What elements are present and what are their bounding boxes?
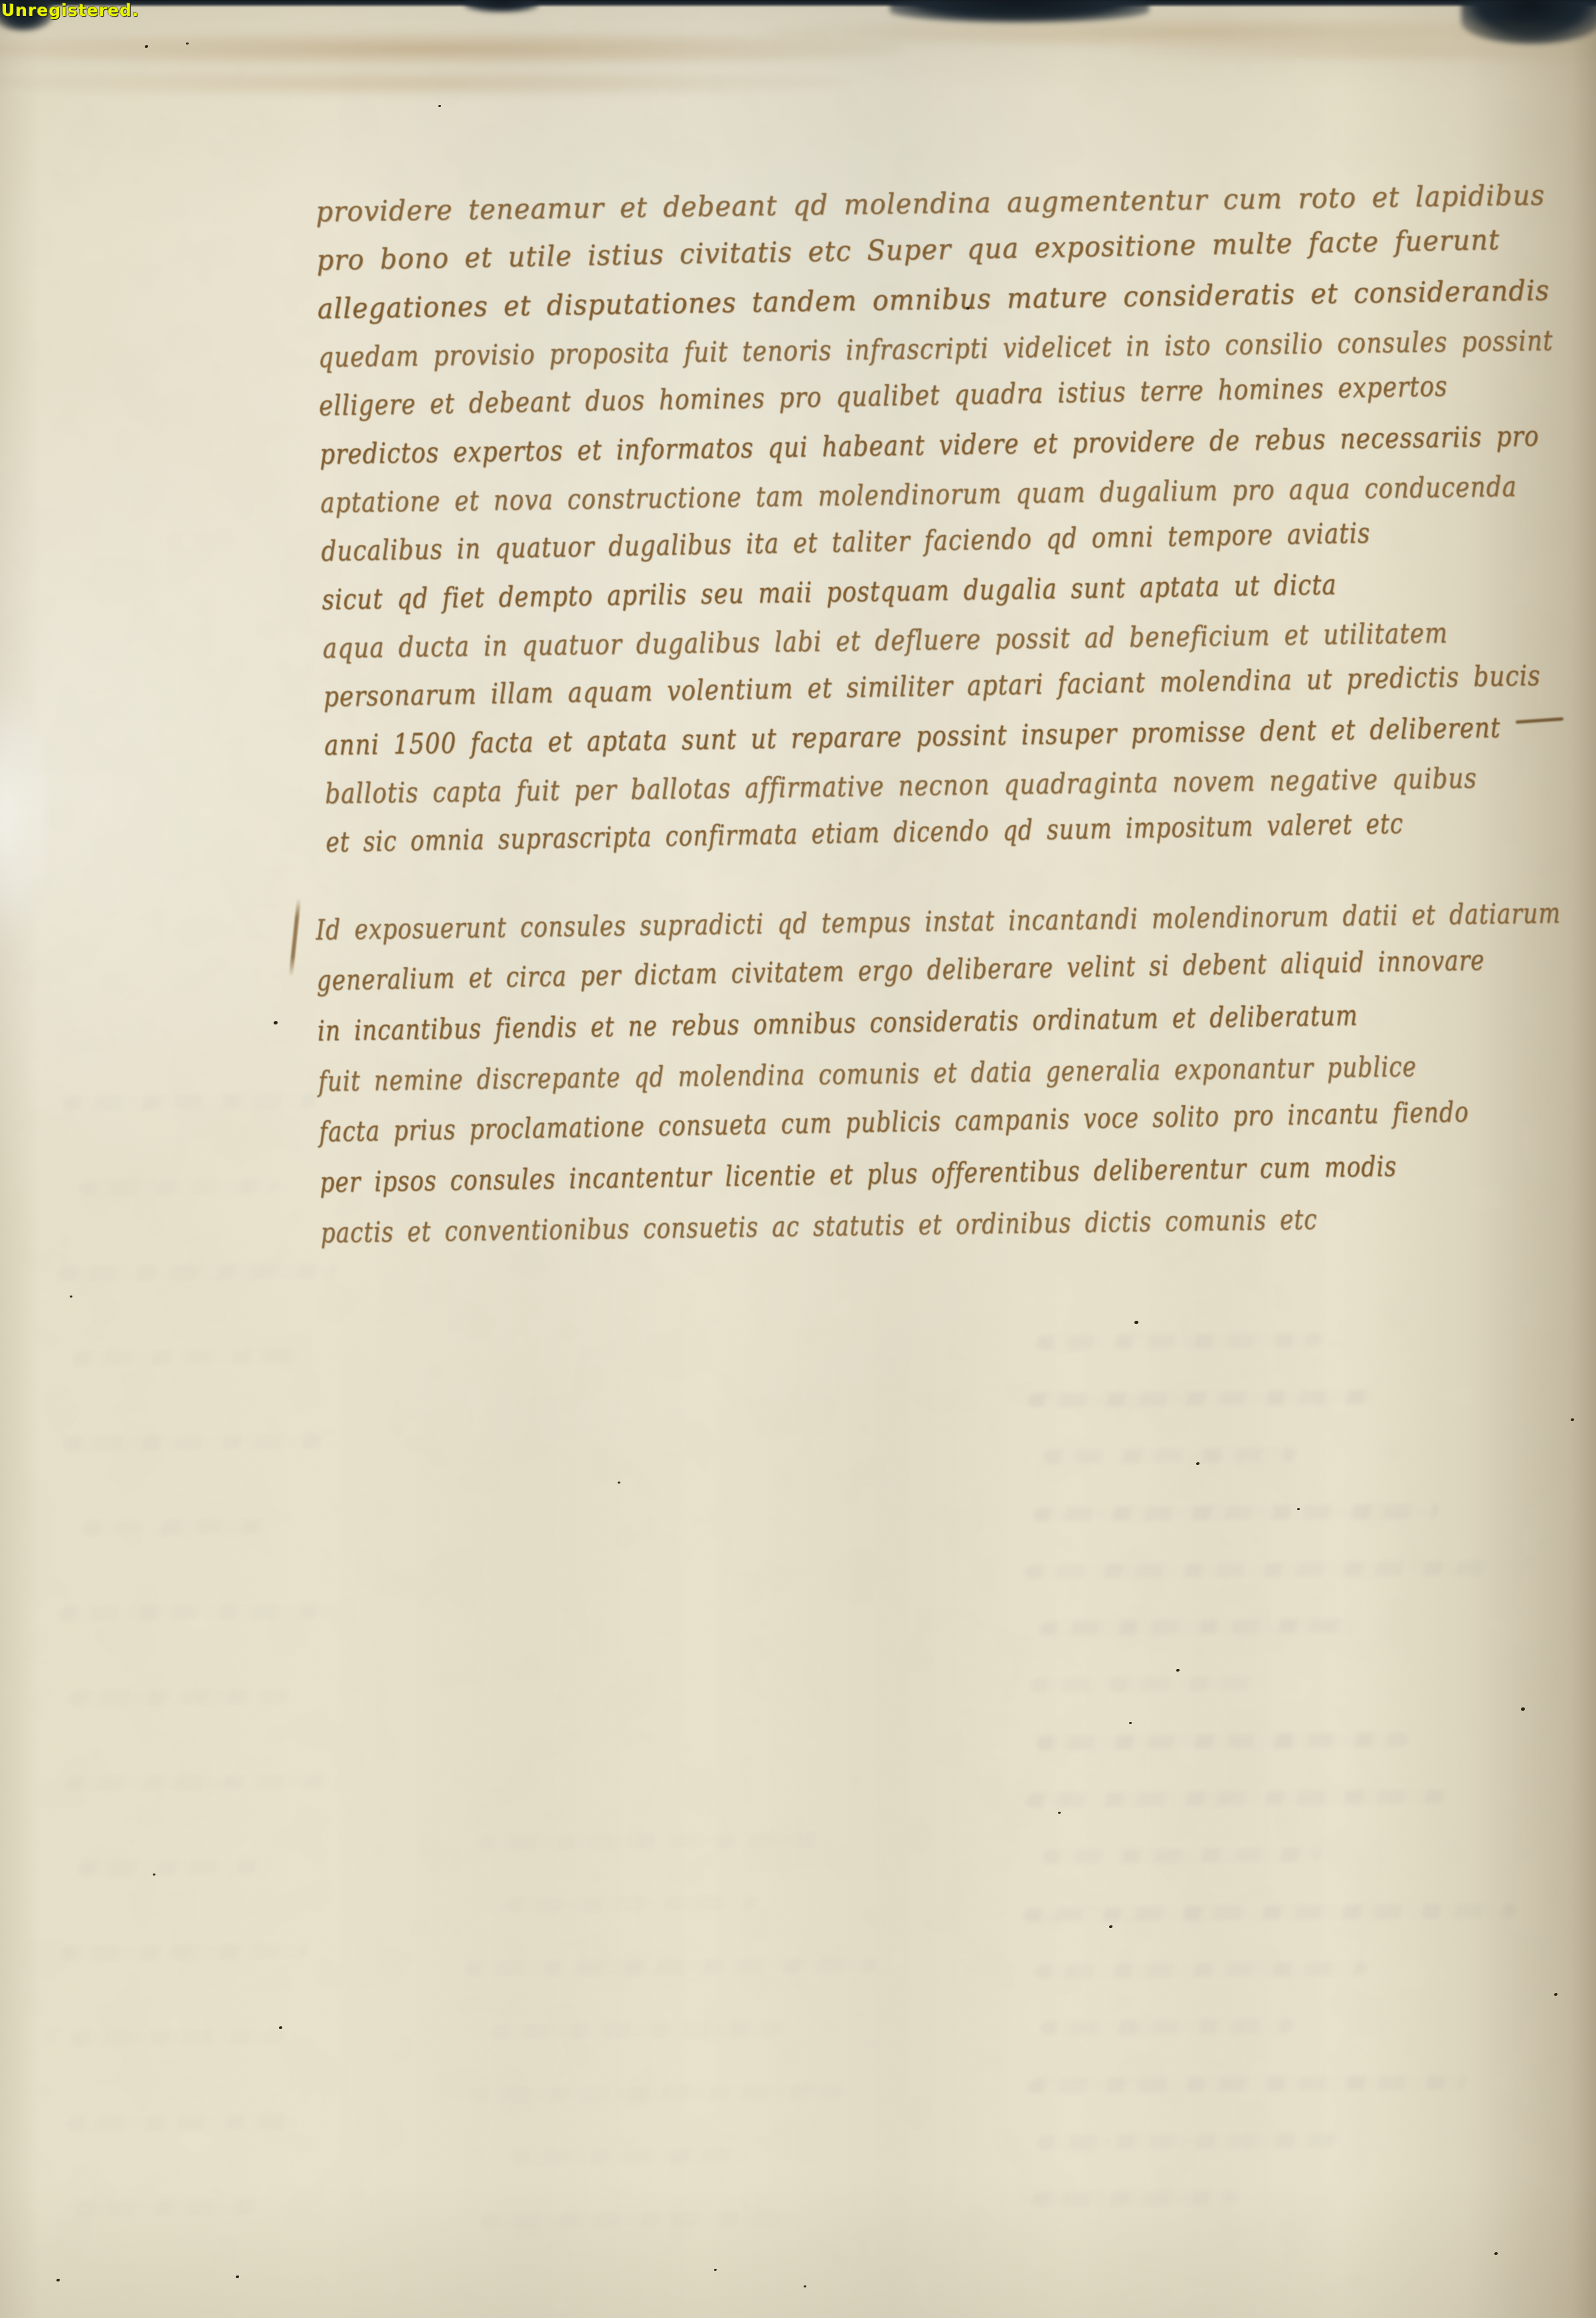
ghost-text-line: [1036, 2133, 1338, 2150]
left-edge-light-patch: [0, 678, 53, 957]
ghost-text-line: [510, 2148, 752, 2165]
ghost-text-line: [60, 1944, 308, 1961]
paragraph-2: Id exposuerunt consules supradicti qd te…: [315, 881, 1596, 1258]
ghost-text-line: [70, 2030, 286, 2046]
ghost-text-line: [65, 2114, 300, 2131]
ghost-text-line: [1033, 1961, 1368, 1979]
ghost-text-line: [1039, 1618, 1360, 1636]
ghost-text-line: [72, 1349, 300, 1366]
ghost-text-line: [1027, 1390, 1375, 1408]
deckle-stain: [0, 32, 903, 66]
ghost-text-line: [62, 1434, 324, 1450]
ghost-text-line: [477, 1832, 825, 1850]
ghost-text-line: [77, 1860, 272, 1876]
manuscript-scan: Unregistered. providere teneamur et debe…: [0, 0, 1596, 2318]
ghost-text-line: [1035, 1333, 1323, 1350]
ghost-text-line: [1041, 1847, 1323, 1864]
scanner-dark-blob: [465, 0, 538, 12]
ghost-text-line: [58, 1604, 333, 1621]
ghost-text-line: [1029, 1676, 1265, 1692]
deckle-stain: [0, 69, 850, 97]
ghost-text-line: [62, 1094, 317, 1110]
ghost-text-line: [75, 2200, 257, 2216]
ghost-text-line: [1043, 1447, 1298, 1464]
ghost-text-line: [64, 1774, 332, 1790]
ghost-text-line: [480, 2211, 802, 2228]
paragraph-1: providere teneamur et debeant qd molendi…: [315, 165, 1596, 866]
ghost-text-line: [57, 1264, 339, 1281]
ghost-text-line: [1031, 2190, 1239, 2207]
ghost-text-line: [503, 1895, 758, 1912]
ghost-text-line: [68, 1690, 290, 1706]
scanner-watermark-text: Unregistered.: [1, 1, 139, 20]
scanner-edge-dark-line: [0, 0, 1596, 7]
ghost-text-line: [490, 2022, 785, 2039]
ghost-text-line: [78, 1179, 280, 1196]
ghost-text-line: [82, 1519, 270, 1535]
ghost-text-line: [1039, 2018, 1294, 2035]
